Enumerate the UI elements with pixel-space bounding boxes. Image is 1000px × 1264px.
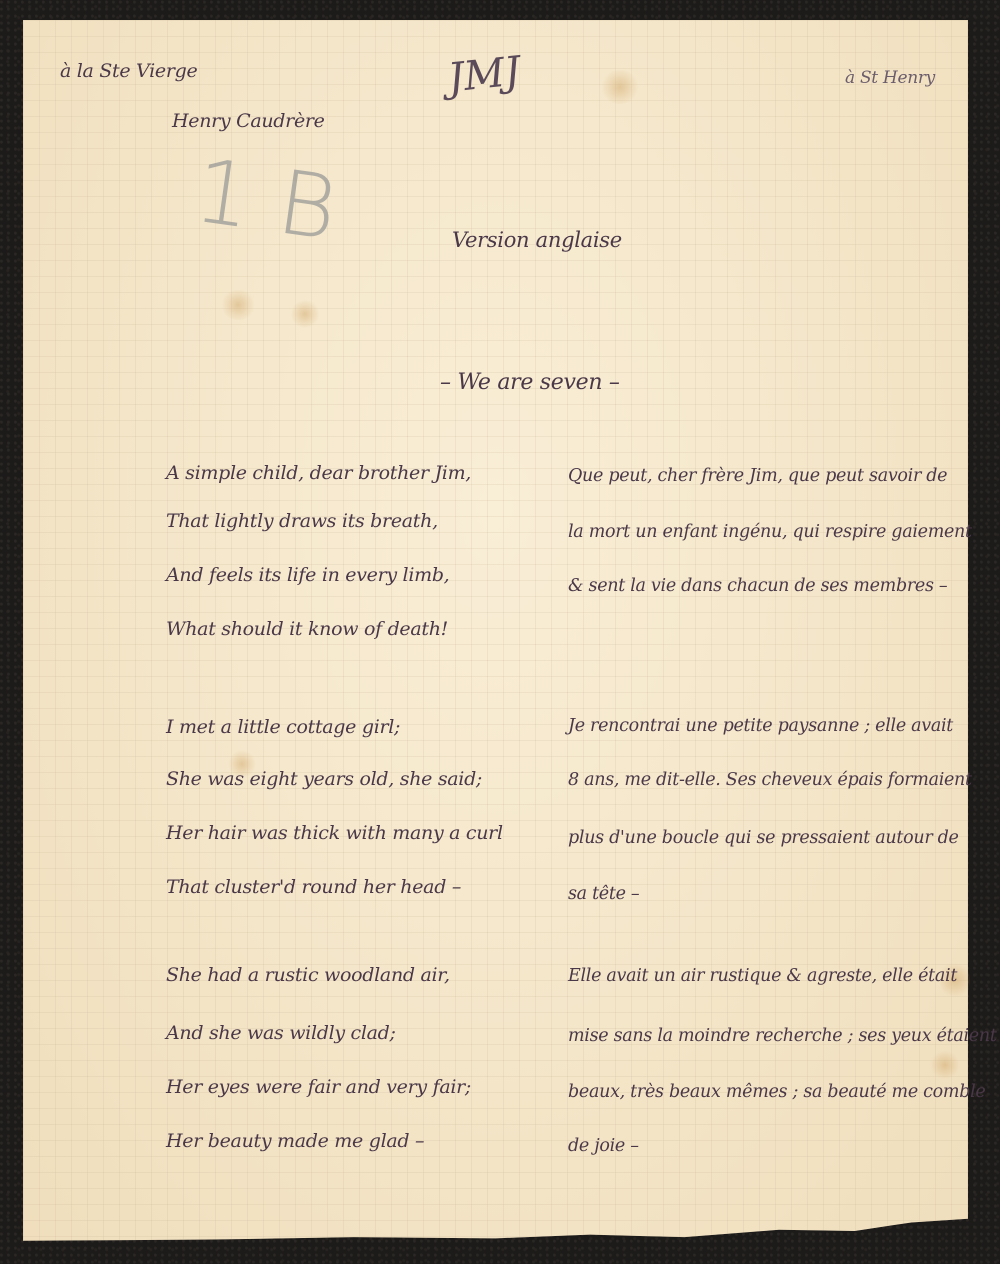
english-line: That lightly draws its breath, [166,510,438,532]
dedication-right: à St Henry [845,68,935,88]
english-line: A simple child, dear brother Jim, [166,462,471,484]
french-line: Je rencontrai une petite paysanne ; elle… [568,716,953,736]
french-line: plus d'une boucle qui se pressaient auto… [568,828,959,848]
english-line: And she was wildly clad; [166,1022,396,1044]
dedication-left: à la Ste Vierge [60,60,197,82]
french-line: sa tête – [568,884,639,904]
french-line: Elle avait un air rustique & agreste, el… [568,966,957,986]
english-line: Her hair was thick with many a curl [166,822,503,844]
author-name: Henry Caudrère [172,110,325,132]
paper-stain [290,300,320,328]
english-line: Her beauty made me glad – [166,1130,424,1152]
paper-stain [930,1050,960,1080]
english-line: Her eyes were fair and very fair; [166,1076,471,1098]
poem-title: – We are seven – [440,370,620,395]
french-line: Que peut, cher frère Jim, que peut savoi… [568,466,947,486]
english-line: I met a little cottage girl; [166,716,400,738]
exercise-title: Version anglaise [452,228,622,252]
french-line: de joie – [568,1136,639,1156]
french-line: & sent la vie dans chacun de ses membres… [568,576,947,596]
english-line: She was eight years old, she said; [166,768,482,790]
paper-stain [600,70,640,104]
english-line: That cluster'd round her head – [166,876,461,898]
jmj-invocation: JMJ [446,48,523,101]
paper-stain [220,290,256,320]
french-line: beaux, très beaux mêmes ; sa beauté me c… [568,1082,985,1102]
manuscript-page [23,20,968,1242]
french-line: mise sans la moindre recherche ; ses yeu… [568,1026,997,1046]
pencil-grade-mark: 1 B [189,139,344,261]
english-line: What should it know of death! [166,618,448,640]
french-line: 8 ans, me dit-elle. Ses cheveux épais fo… [568,770,972,790]
english-line: And feels its life in every limb, [166,564,449,586]
french-line: la mort un enfant ingénu, qui respire ga… [568,522,972,542]
english-line: She had a rustic woodland air, [166,964,450,986]
